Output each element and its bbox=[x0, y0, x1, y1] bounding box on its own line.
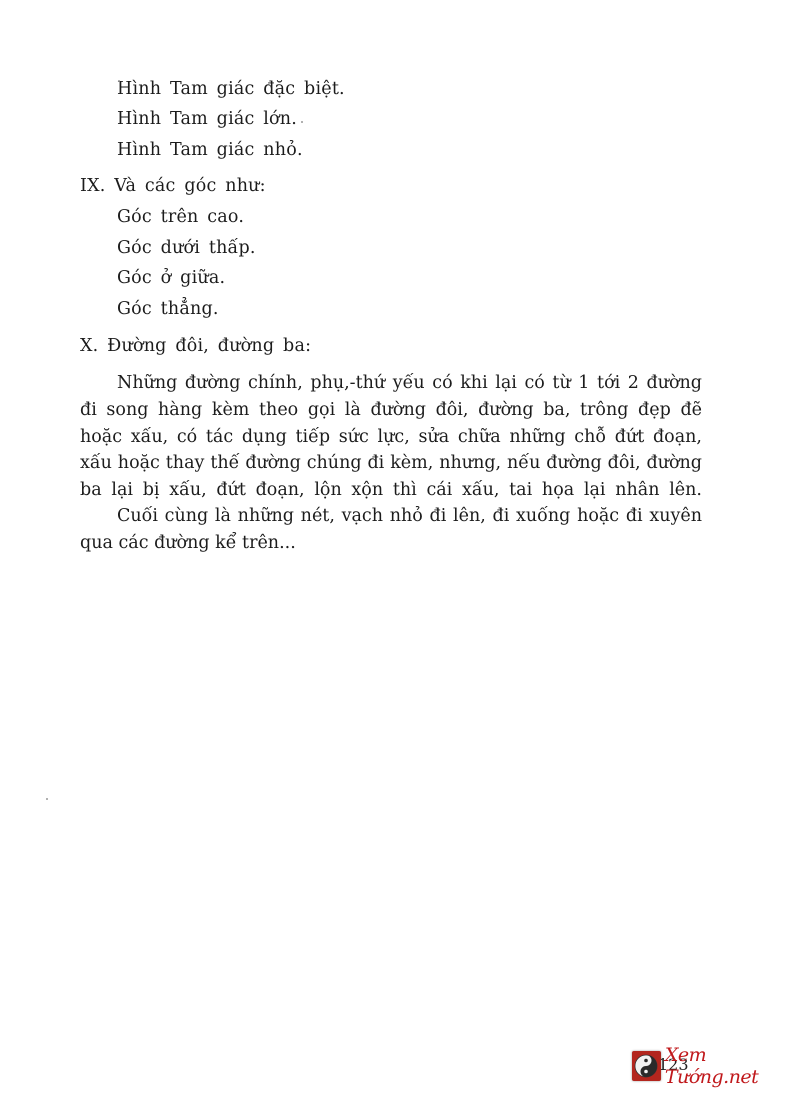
section-ix-heading: IX. Và các góc như: bbox=[80, 175, 266, 197]
watermark-text: Xem Tướng.net bbox=[665, 1044, 800, 1088]
paragraph-line: Cuối cùng là những nét, vạch nhỏ đi lên,… bbox=[80, 503, 702, 530]
watermark: Xem Tướng.net bbox=[632, 1049, 800, 1083]
yin-yang-icon bbox=[632, 1051, 661, 1081]
paragraph-final: Cuối cùng là những nét, vạch nhỏ đi lên,… bbox=[80, 503, 702, 557]
scan-speck bbox=[46, 798, 48, 800]
paragraph-line: xấu hoặc thay thế đường chúng đi kèm, nh… bbox=[80, 450, 702, 477]
paragraph-double-lines: Những đường chính, phụ,-thứ yếu có khi l… bbox=[80, 370, 702, 504]
scan-speck bbox=[301, 121, 303, 123]
triangle-item: Hình Tam giác nhỏ. bbox=[117, 139, 303, 161]
section-x-heading: X. Đường đôi, đường ba: bbox=[80, 335, 311, 357]
paragraph-line: hoặc xấu, có tác dụng tiếp sức lực, sửa … bbox=[80, 424, 702, 451]
triangle-item: Hình Tam giác đặc biệt. bbox=[117, 78, 345, 100]
angle-item: Góc thẳng. bbox=[117, 298, 219, 320]
scan-speck bbox=[118, 80, 120, 82]
document-page: Hình Tam giác đặc biệt. Hình Tam giác lớ… bbox=[0, 0, 800, 1102]
paragraph-line: đi song hàng kèm theo gọi là đường đôi, … bbox=[80, 397, 702, 424]
triangle-item: Hình Tam giác lớn. bbox=[117, 108, 297, 130]
angle-item: Góc ở giữa. bbox=[117, 267, 225, 289]
paragraph-line: ba lại bị xấu, đứt đoạn, lộn xộn thì cái… bbox=[80, 477, 702, 504]
angle-item: Góc trên cao. bbox=[117, 206, 244, 228]
paragraph-line: Những đường chính, phụ,-thứ yếu có khi l… bbox=[80, 370, 702, 397]
paragraph-line: qua các đường kể trên... bbox=[80, 530, 702, 557]
angle-item: Góc dưới thấp. bbox=[117, 237, 256, 259]
